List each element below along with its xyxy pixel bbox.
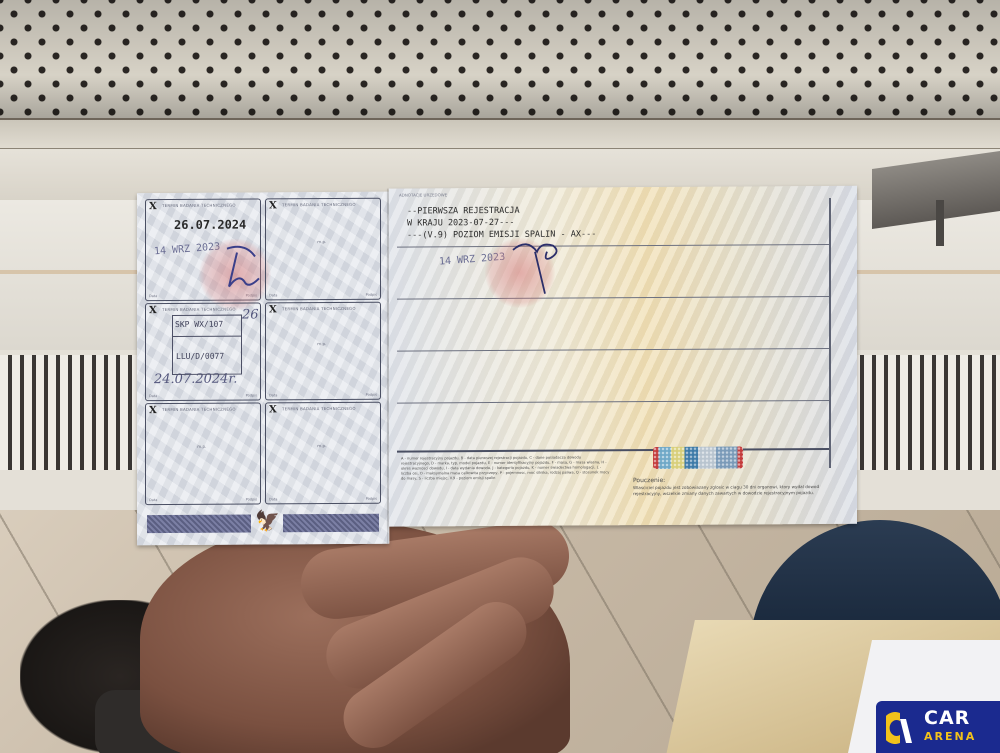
inspection-box-5: X TERMIN BADANIA TECHNICZNEGO m.p. Data … <box>145 402 261 505</box>
box-header: TERMIN BADANIA TECHNICZNEGO <box>162 203 236 208</box>
box-footer-signature: Podpis <box>366 497 377 501</box>
typed-line-2: W KRAJU 2023-07-27--- <box>407 218 514 229</box>
signature <box>507 232 567 302</box>
x-mark: X <box>149 201 157 212</box>
instructions-title: Pouczenie: <box>633 477 665 484</box>
box-footer-date: Data <box>149 498 157 502</box>
seal-placeholder: m.p. <box>317 443 326 448</box>
car-arena-mark-icon <box>886 711 912 745</box>
skp-stamp: SKP WX/107 LLU/D/0077 <box>172 315 242 375</box>
box-footer-date: Data <box>269 293 277 297</box>
x-mark: X <box>269 200 277 211</box>
box-footer-date: Data <box>269 497 277 501</box>
x-mark: X <box>149 405 157 416</box>
ceiling-shadow <box>0 0 1000 125</box>
seal-placeholder: m.p. <box>197 444 206 449</box>
typed-line-3: ---(V.9) POZIOM EMISJI SPALIN - AX--- <box>407 229 596 240</box>
document-left-page: X TERMIN BADANIA TECHNICZNEGO 26.07.2024… <box>137 192 389 546</box>
hologram-pattern <box>653 446 743 469</box>
photo-scene: X TERMIN BADANIA TECHNICZNEGO 26.07.2024… <box>0 0 1000 753</box>
inspection-box-6: X TERMIN BADANIA TECHNICZNEGO m.p. Data … <box>265 402 381 505</box>
printed-date: 26.07.2024 <box>174 218 246 232</box>
box-footer-signature: Podpis <box>366 393 377 397</box>
signature <box>215 242 265 292</box>
field-legend-fine-print: A - numer rejestracyjny pojazdu, B - dat… <box>401 455 611 481</box>
x-mark: X <box>149 305 157 316</box>
security-band-left <box>147 515 251 534</box>
seal-placeholder: m.p. <box>317 341 326 346</box>
inspection-box-4: X TERMIN BADANIA TECHNICZNEGO m.p. Data … <box>265 302 381 401</box>
stamp-divider <box>173 336 241 337</box>
seal-placeholder: m.p. <box>317 239 326 244</box>
bracket-pin <box>936 200 944 246</box>
instructions-text: Wlasciciel pojazdu jest zobowiazany zglo… <box>633 484 833 496</box>
handwritten-number: 26 <box>242 307 259 322</box>
box-footer-signature: Podpis <box>366 293 377 297</box>
x-mark: X <box>269 404 277 415</box>
box-header: TERMIN BADANIA TECHNICZNEGO <box>162 307 236 312</box>
logo-text-arena: ARENA <box>924 730 976 743</box>
logo-text-car: CAR <box>924 707 970 729</box>
box-footer-date: Data <box>149 394 157 398</box>
box-header: TERMIN BADANIA TECHNICZNEGO <box>282 306 356 311</box>
hologram-strip <box>653 446 743 469</box>
skp-station-code: SKP WX/107 <box>175 320 223 329</box>
ceiling-beam <box>0 118 1000 150</box>
box-header: TERMIN BADANIA TECHNICZNEGO <box>282 202 356 207</box>
eagle-emblem-icon: 🦅 <box>255 508 280 532</box>
x-mark: X <box>269 304 277 315</box>
box-footer-date: Data <box>269 393 277 397</box>
page-border <box>829 198 831 468</box>
box-footer-signature: Podpis <box>246 497 257 501</box>
registration-document: X TERMIN BADANIA TECHNICZNEGO 26.07.2024… <box>137 186 857 545</box>
car-arena-logo: CAR ARENA <box>876 701 1000 753</box>
security-band-right <box>283 514 379 533</box>
box-header: TERMIN BADANIA TECHNICZNEGO <box>282 406 356 411</box>
inspection-box-2: X TERMIN BADANIA TECHNICZNEGO m.p. Data … <box>265 198 381 301</box>
box-footer-signature: Podpis <box>246 393 257 397</box>
annotations-header: ADNOTACJE URZEDOWE <box>399 192 447 197</box>
skp-diagnostician-code: LLU/D/0077 <box>176 352 224 361</box>
box-footer-date: Data <box>149 294 157 298</box>
box-header: TERMIN BADANIA TECHNICZNEGO <box>162 407 236 412</box>
document-right-page: ADNOTACJE URZEDOWE --PIERWSZA REJESTRACJ… <box>389 186 857 527</box>
typed-line-1: --PIERWSZA REJESTRACJA <box>407 206 520 217</box>
